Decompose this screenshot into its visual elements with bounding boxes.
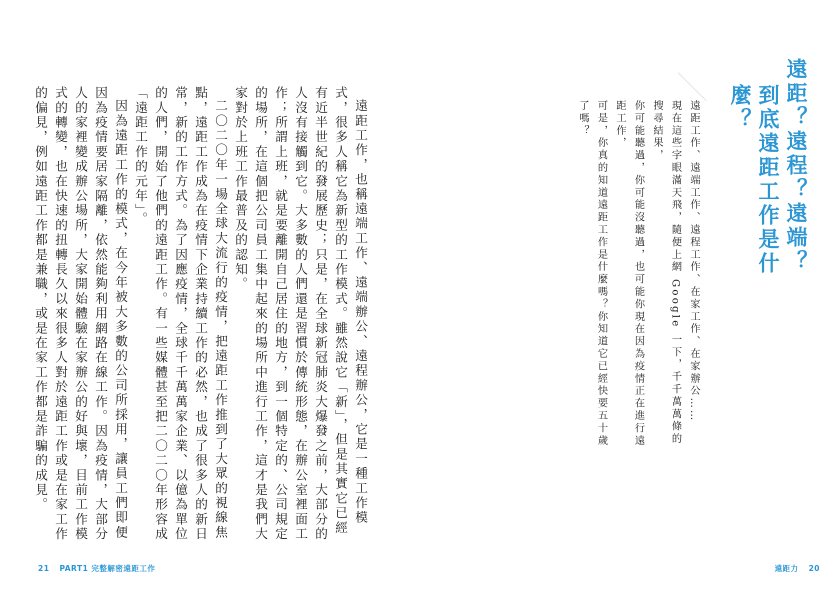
title-line-1: 遠距？遠程？遠端？ <box>782 58 810 318</box>
intro-line-3: 你可能聽過，你可能沒聽過，也可能你現在因為疫情正在進行遠距工作， <box>610 100 647 450</box>
paragraph-1: 遠距工作，也稱遠端工作、遠端辦公、遠程辦公，它是一種工作模式，很多人稱它為新型的… <box>230 86 370 546</box>
left-page-number: 21 <box>38 564 49 573</box>
book-spread: 遠距工作，也稱遠端工作、遠端辦公、遠程辦公，它是一種工作模式，很多人稱它為新型的… <box>0 0 840 596</box>
section-title: PART1 完整解密遠距工作 <box>59 564 155 573</box>
left-page: 遠距工作，也稱遠端工作、遠端辦公、遠程辦公，它是一種工作模式，很多人稱它為新型的… <box>0 0 420 596</box>
intro-line-4: 可是，你真的知道遠距工作是什麼嗎？你知道它已經快要五十歲了嗎？ <box>573 100 610 450</box>
right-footer: 遠距力20 <box>765 563 820 574</box>
intro-line-1: 遠距工作、遠端工作、遠程工作、在家工作、在家辦公…… <box>684 100 703 450</box>
intro-line-2: 現在這些字眼滿天飛，隨便上網 Google 一下，千千萬萬條的搜尋結果， <box>647 100 684 450</box>
book-title: 遠距力 <box>775 564 799 573</box>
chapter-title: 遠距？遠程？遠端？ 到底遠距工作是什麼？ <box>726 58 810 318</box>
title-line-2: 到底遠距工作是什麼？ <box>726 84 782 318</box>
paragraph-3: 因為遠距工作的模式，在今年被大多數的公司所採用，讓員工們即便因為疫情要居家隔離，… <box>30 86 130 546</box>
body-text: 遠距工作，也稱遠端工作、遠端辦公、遠程辦公，它是一種工作模式，很多人稱它為新型的… <box>30 86 370 546</box>
left-footer: 21PART1 完整解密遠距工作 <box>38 563 165 574</box>
right-page-number: 20 <box>809 564 820 573</box>
intro-text: 遠距工作、遠端工作、遠程工作、在家工作、在家辦公…… 現在這些字眼滿天飛，隨便上… <box>573 100 703 450</box>
paragraph-2: 二〇二〇年一場全球大流行的疫情，把遠距工作推到了大眾的視線焦點，遠距工作成為在疫… <box>130 86 230 546</box>
